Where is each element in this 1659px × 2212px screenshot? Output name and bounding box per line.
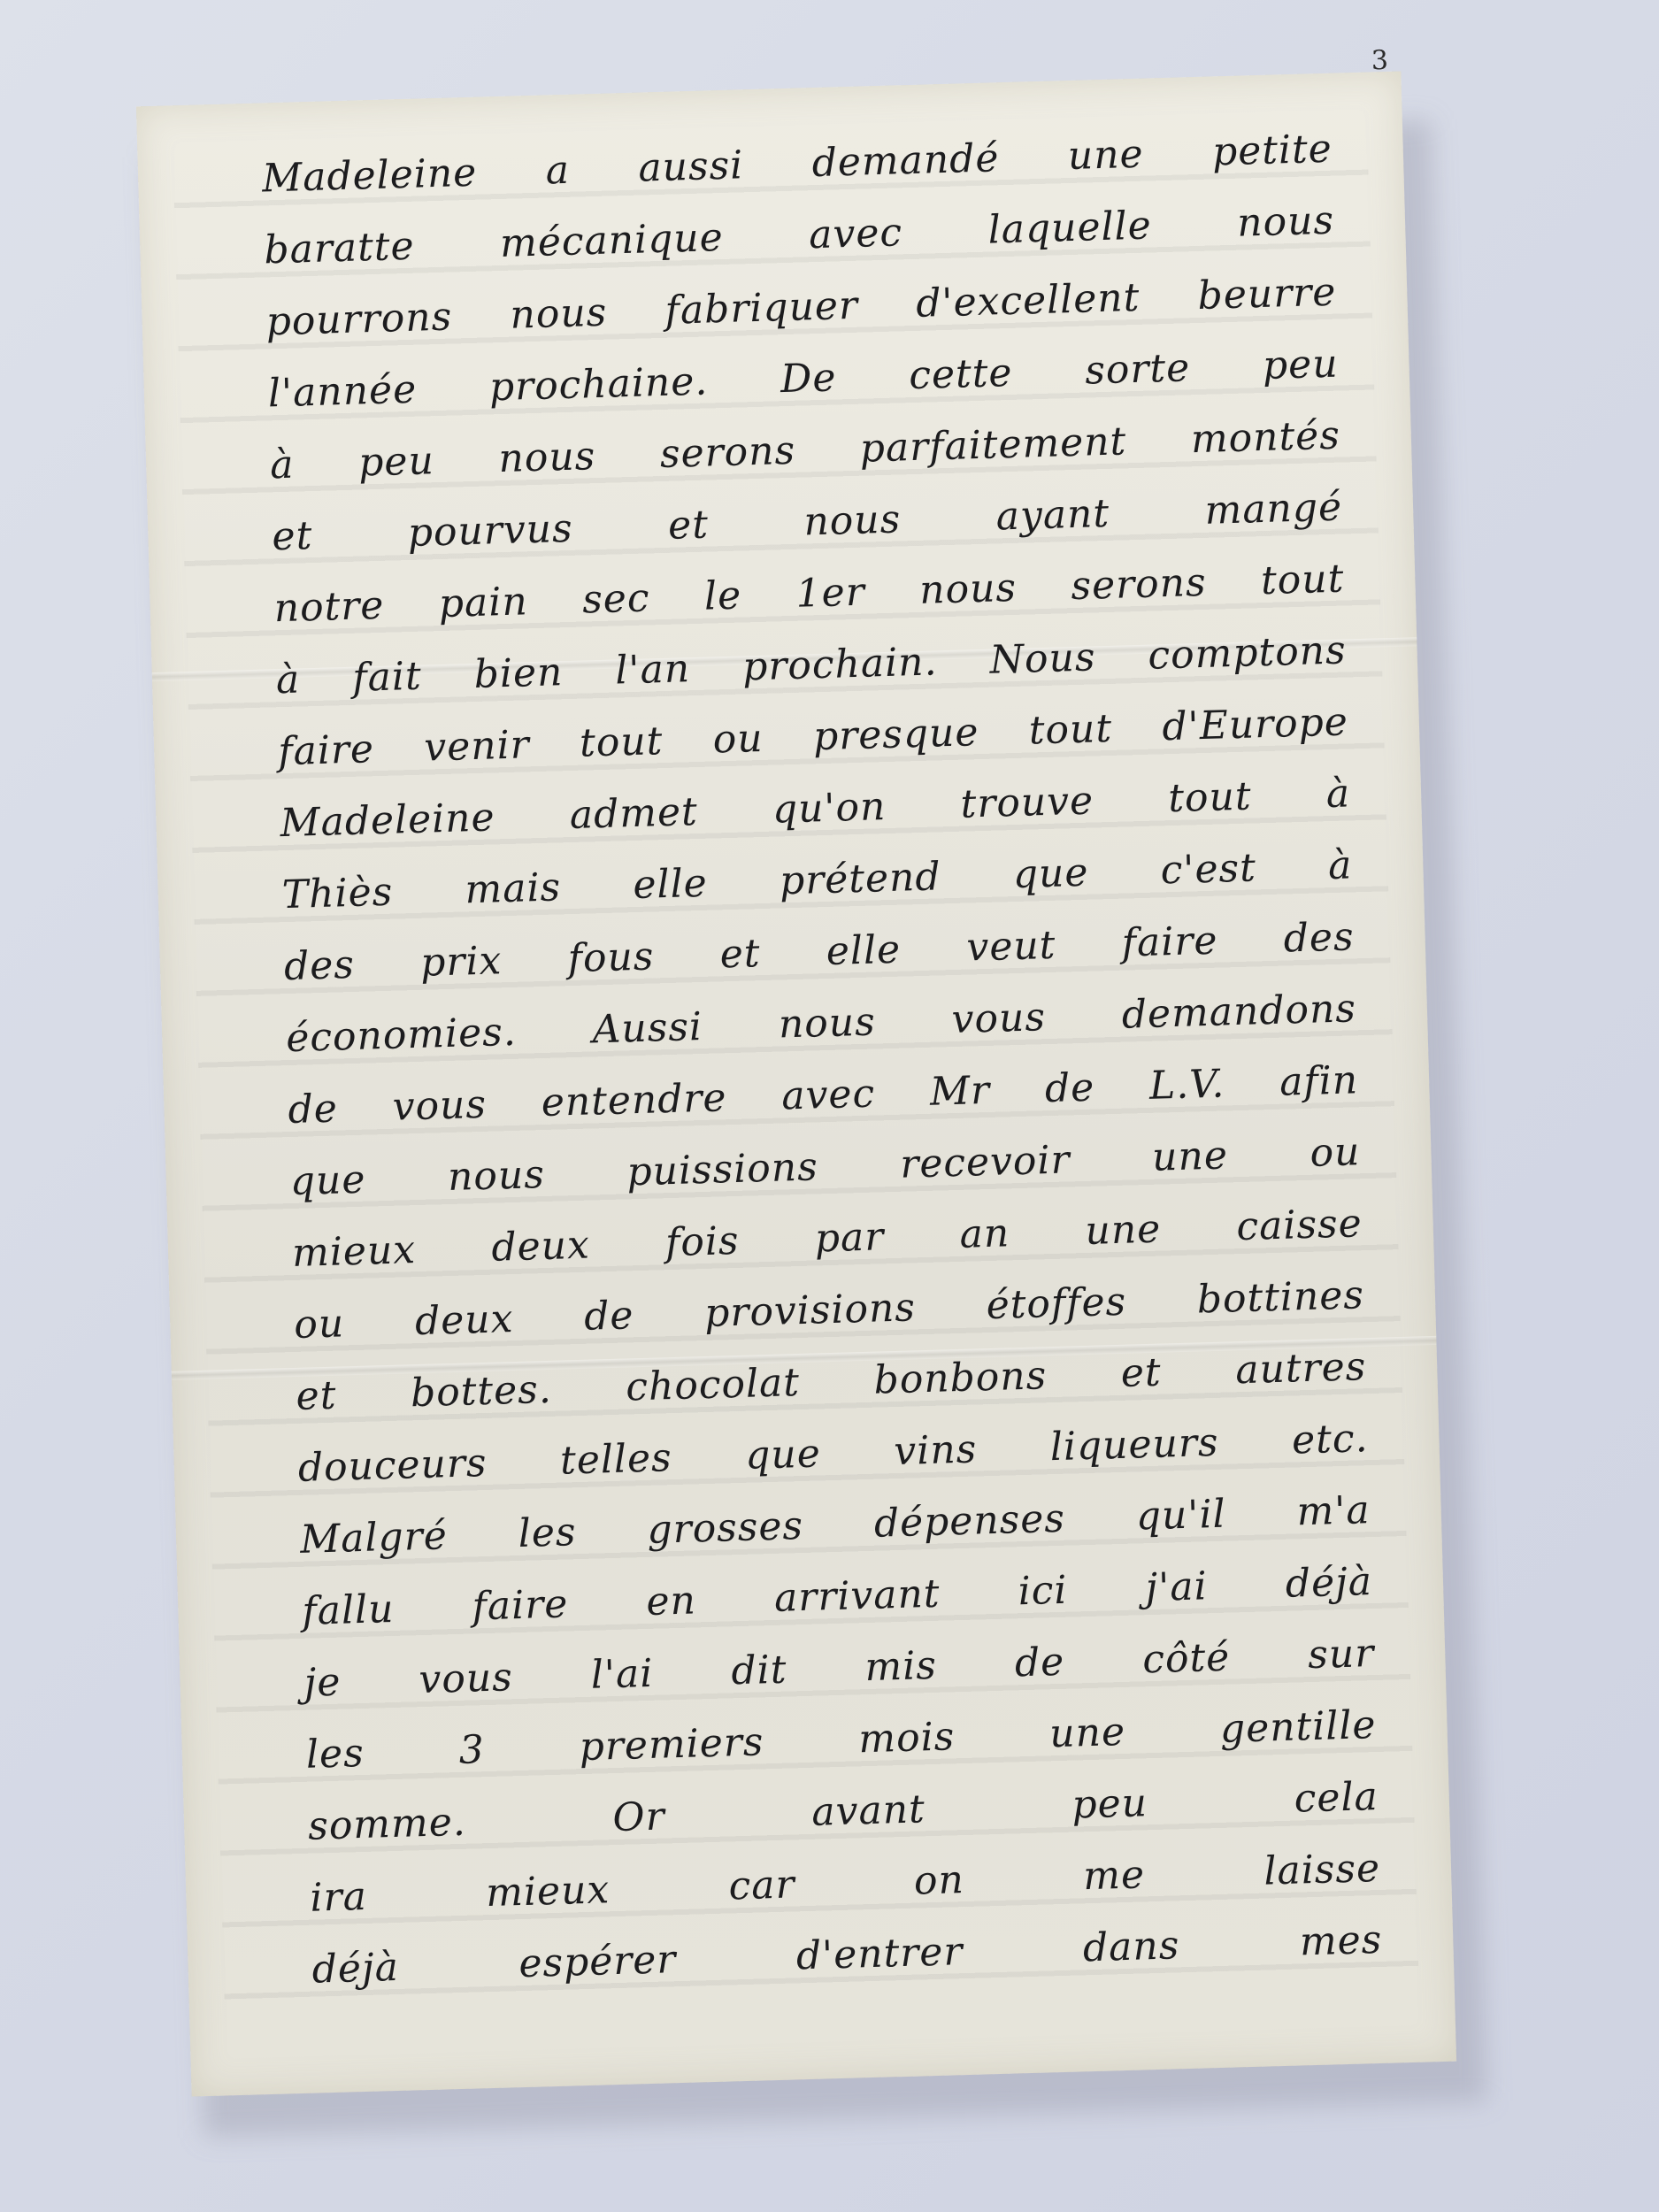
word: déjà bbox=[1285, 1559, 1372, 1607]
word: les bbox=[518, 1509, 577, 1556]
word: cela bbox=[1294, 1774, 1379, 1822]
word: des bbox=[283, 942, 355, 989]
word: tout bbox=[1028, 706, 1113, 754]
word: prétend bbox=[779, 854, 941, 903]
word: faire bbox=[278, 726, 375, 774]
word: Madeleine bbox=[261, 150, 477, 202]
word: ira bbox=[310, 1874, 368, 1921]
word: car bbox=[728, 1862, 795, 1909]
word: demandons bbox=[1121, 986, 1356, 1037]
word: l'ai bbox=[590, 1651, 654, 1698]
word: ayant bbox=[995, 491, 1110, 540]
word: 3 bbox=[458, 1727, 485, 1773]
word: tout bbox=[579, 718, 664, 766]
word: des bbox=[1283, 914, 1355, 961]
word: presque bbox=[812, 710, 979, 759]
word: petite bbox=[1211, 127, 1333, 175]
word: à bbox=[270, 442, 296, 488]
word: deux bbox=[491, 1223, 591, 1271]
word: une bbox=[1067, 132, 1144, 179]
word: veut bbox=[966, 923, 1056, 971]
word: L.V. bbox=[1148, 1061, 1225, 1108]
word: 1er bbox=[795, 570, 865, 617]
word: de bbox=[1044, 1065, 1095, 1112]
word: à bbox=[275, 657, 301, 703]
word: nous bbox=[498, 434, 596, 481]
word: pourvus bbox=[407, 506, 573, 556]
word: mangé bbox=[1204, 485, 1343, 534]
word: vins bbox=[894, 1426, 978, 1474]
word: une bbox=[1049, 1709, 1126, 1756]
word: laquelle bbox=[987, 203, 1152, 252]
word: m'a bbox=[1296, 1487, 1371, 1534]
word: et bbox=[272, 513, 313, 559]
word: deux bbox=[414, 1296, 514, 1344]
word: avant bbox=[811, 1786, 926, 1835]
word: mes bbox=[1299, 1917, 1383, 1965]
word: on bbox=[913, 1857, 964, 1904]
word: gentille bbox=[1219, 1702, 1377, 1752]
word: dit bbox=[731, 1647, 787, 1694]
word: déjà bbox=[311, 1945, 399, 1993]
word: prix bbox=[420, 938, 503, 986]
word: recevoir bbox=[900, 1137, 1071, 1187]
word: d'entrer bbox=[795, 1929, 964, 1978]
word: une bbox=[1151, 1133, 1228, 1179]
word: d'Europe bbox=[1162, 699, 1349, 749]
word: mais bbox=[465, 864, 562, 912]
word: tout bbox=[1168, 774, 1253, 822]
word: fabriquer bbox=[664, 283, 859, 334]
word: et bbox=[667, 503, 709, 549]
word: prochaine. bbox=[488, 358, 709, 410]
word: je bbox=[303, 1660, 342, 1706]
word: an bbox=[959, 1210, 1010, 1257]
word: baratte bbox=[264, 224, 415, 273]
word: qu'on bbox=[772, 784, 887, 833]
word: l'année bbox=[267, 367, 418, 417]
word: Mr bbox=[929, 1068, 990, 1115]
word: nous bbox=[778, 999, 876, 1047]
page-number: 3 bbox=[1371, 45, 1388, 77]
handwritten-text: Madeleineaaussidemandéunepetite barattem… bbox=[261, 100, 1383, 1993]
word: une bbox=[1085, 1207, 1162, 1254]
word: notre bbox=[273, 583, 385, 631]
word: peu bbox=[1071, 1780, 1148, 1827]
letter-page: 3 Madeleineaaussidemandéunepetite baratt… bbox=[136, 71, 1456, 2096]
word: mois bbox=[858, 1714, 956, 1762]
word: que bbox=[745, 1431, 822, 1478]
word: mis bbox=[864, 1643, 938, 1690]
word: laisse bbox=[1263, 1846, 1381, 1894]
word: premiers bbox=[579, 1719, 764, 1770]
word: a bbox=[545, 148, 571, 194]
word: les bbox=[305, 1731, 365, 1778]
word: montés bbox=[1190, 413, 1340, 463]
word: vous bbox=[419, 1655, 514, 1702]
word: cette bbox=[909, 350, 1013, 398]
word: dans bbox=[1082, 1923, 1180, 1970]
word: peu bbox=[1262, 342, 1339, 388]
word: trouve bbox=[960, 779, 1094, 827]
word: beurre bbox=[1197, 270, 1337, 319]
word: j'ai bbox=[1145, 1563, 1208, 1610]
word: par bbox=[814, 1214, 885, 1261]
word: nous bbox=[1237, 198, 1335, 246]
word: prochain. bbox=[742, 639, 939, 689]
word: fait bbox=[352, 654, 423, 701]
word: faire bbox=[1121, 918, 1218, 966]
word: nous bbox=[510, 290, 608, 338]
word: fois bbox=[664, 1218, 740, 1265]
word: côté bbox=[1142, 1635, 1231, 1683]
word: fallu bbox=[302, 1586, 395, 1634]
word: provisions bbox=[704, 1285, 917, 1336]
word: aussi bbox=[638, 142, 744, 190]
word: pourrons bbox=[265, 295, 453, 345]
word: tout bbox=[1260, 556, 1345, 603]
word: en bbox=[646, 1578, 697, 1624]
word: Thiès bbox=[281, 870, 394, 918]
word: elle bbox=[826, 927, 902, 974]
word: que bbox=[1012, 850, 1089, 897]
word: grosses bbox=[647, 1503, 804, 1553]
word: espérer bbox=[518, 1937, 677, 1986]
word: le bbox=[703, 573, 742, 619]
word: sur bbox=[1308, 1631, 1375, 1678]
word: de bbox=[288, 1086, 339, 1133]
word: d'excellent bbox=[916, 275, 1141, 326]
word: fous bbox=[567, 933, 655, 981]
word: avec bbox=[781, 1071, 876, 1119]
word: arrivant bbox=[773, 1571, 941, 1621]
word: ici bbox=[1018, 1568, 1068, 1615]
word: et bbox=[296, 1373, 337, 1419]
word: mieux bbox=[291, 1227, 416, 1276]
word: économies. bbox=[286, 1010, 518, 1061]
word: ou bbox=[294, 1301, 345, 1348]
word: entendre bbox=[541, 1075, 727, 1125]
word: mécanique bbox=[499, 215, 724, 266]
word: et bbox=[719, 931, 761, 977]
word: Or bbox=[612, 1793, 666, 1840]
word: sec bbox=[581, 575, 650, 622]
word: serons bbox=[659, 428, 795, 477]
word: etc. bbox=[1291, 1416, 1369, 1463]
word: peu bbox=[358, 438, 435, 485]
word: telles bbox=[559, 1435, 672, 1484]
word: sorte bbox=[1085, 345, 1191, 393]
word: me bbox=[1083, 1852, 1146, 1899]
word: douceurs bbox=[297, 1440, 488, 1491]
word: vous bbox=[392, 1082, 488, 1130]
word: Malgré bbox=[299, 1513, 448, 1563]
word: étoffes bbox=[986, 1279, 1127, 1328]
word: ou bbox=[712, 716, 764, 763]
word: afin bbox=[1279, 1057, 1358, 1104]
word: liqueurs bbox=[1049, 1420, 1219, 1470]
word: c'est bbox=[1160, 845, 1256, 893]
word: puissions bbox=[626, 1144, 819, 1194]
word: Aussi bbox=[592, 1004, 703, 1052]
word: nous bbox=[919, 565, 1018, 613]
word: somme. bbox=[308, 1800, 467, 1849]
word: de bbox=[1014, 1640, 1065, 1686]
word: admet bbox=[569, 789, 698, 838]
word: De bbox=[780, 355, 837, 402]
word: Madeleine bbox=[280, 795, 495, 846]
word: serons bbox=[1071, 560, 1207, 609]
word: avec bbox=[809, 210, 903, 257]
word: que bbox=[289, 1157, 366, 1204]
word: dépenses bbox=[873, 1496, 1065, 1547]
word: à bbox=[1325, 771, 1351, 817]
word: Nous bbox=[989, 634, 1096, 682]
word: nous bbox=[803, 496, 902, 544]
word: nous bbox=[447, 1152, 545, 1200]
word: elle bbox=[633, 861, 709, 908]
word: de bbox=[583, 1293, 634, 1340]
word: à bbox=[1327, 842, 1353, 888]
word: faire bbox=[472, 1581, 569, 1629]
word: autres bbox=[1235, 1344, 1367, 1393]
word: bottines bbox=[1196, 1272, 1364, 1322]
word: chocolat bbox=[626, 1360, 801, 1409]
word: ou bbox=[1310, 1129, 1361, 1176]
word: caisse bbox=[1236, 1201, 1363, 1249]
word: mieux bbox=[486, 1867, 611, 1916]
word: bien bbox=[473, 649, 564, 697]
word: parfaitement bbox=[859, 419, 1127, 471]
word: pain bbox=[438, 579, 528, 626]
word: comptons bbox=[1148, 627, 1347, 678]
word: qu'il bbox=[1135, 1492, 1226, 1540]
word: demandé bbox=[811, 135, 1000, 186]
word: bottes. bbox=[410, 1367, 552, 1416]
word: venir bbox=[424, 722, 531, 770]
word: vous bbox=[951, 995, 1047, 1042]
word: et bbox=[1120, 1350, 1162, 1396]
word: l'an bbox=[615, 646, 691, 693]
word: bonbons bbox=[873, 1353, 1048, 1402]
